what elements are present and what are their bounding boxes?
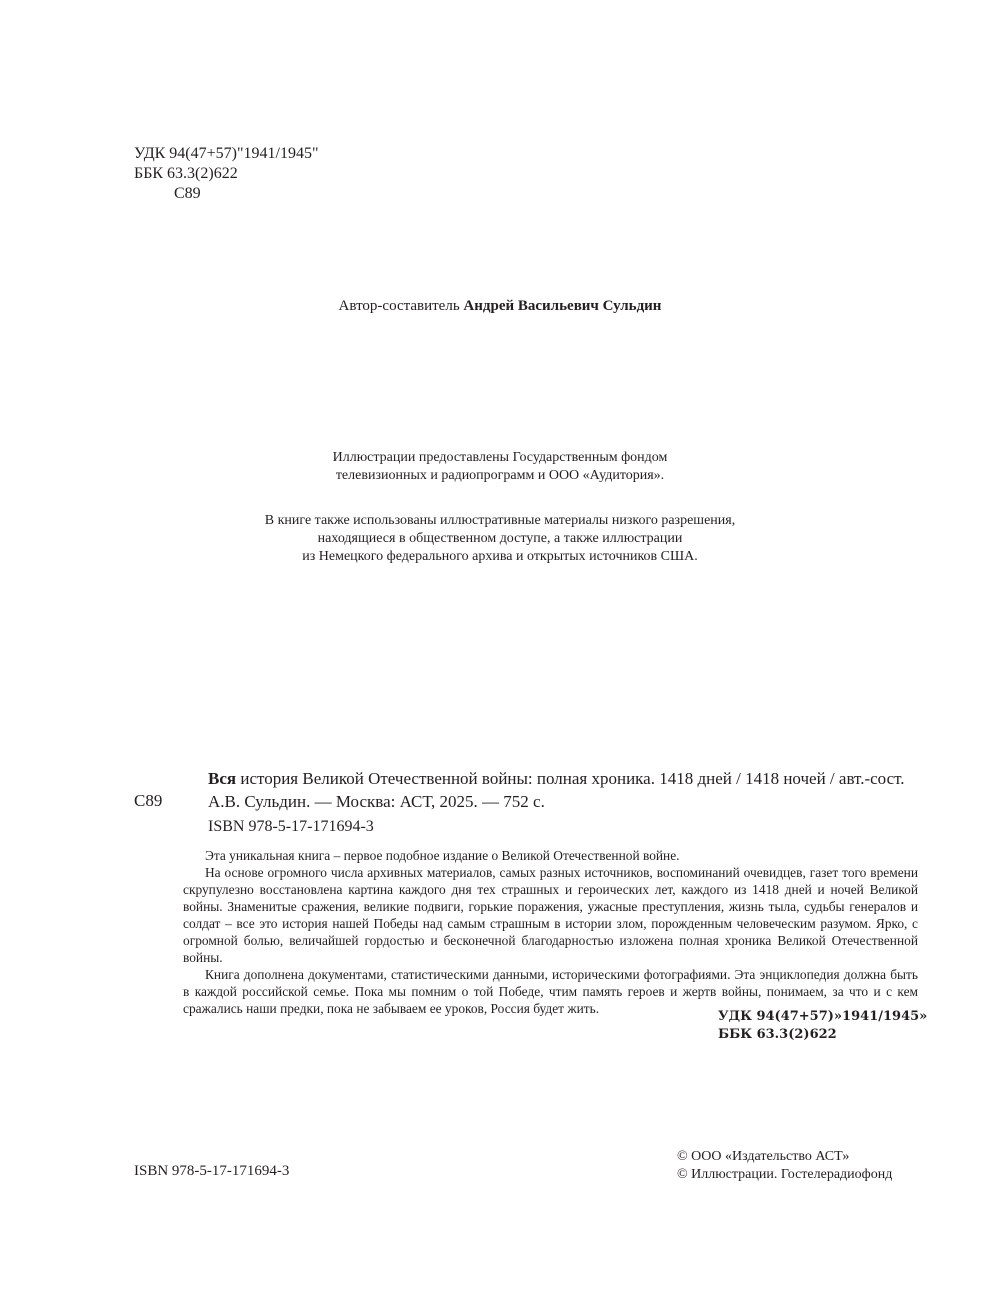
bbk-code: ББК 63.3(2)622: [134, 164, 318, 184]
copyright-line: © Иллюстрации. Гостелерадиофонд: [677, 1166, 892, 1184]
bibliographic-record: Вся история Великой Отечественной войны:…: [208, 767, 936, 813]
illustrations-credit: Иллюстрации предоставлены Государственны…: [0, 449, 1000, 485]
materials-note-line: из Немецкого федерального архива и откры…: [0, 548, 1000, 566]
materials-note-line: находящиеся в общественном доступе, а та…: [0, 530, 1000, 548]
author-compiler-line: Автор-составитель Андрей Васильевич Суль…: [0, 298, 1000, 315]
author-name: Андрей Васильевич Сульдин: [463, 298, 661, 314]
bibliographic-isbn: ISBN 978-5-17-171694-3: [208, 818, 374, 836]
classification-codes-bottom: УДК 94(47+57)»1941/1945» ББК 63.3(2)622: [718, 1008, 927, 1044]
classification-codes-top: УДК 94(47+57)"1941/1945" ББК 63.3(2)622 …: [134, 144, 318, 204]
bibliographic-author-mark: С89: [134, 791, 162, 811]
annotation-paragraph: Эта уникальная книга – первое подобное и…: [183, 847, 918, 864]
udk-code: УДК 94(47+57)"1941/1945": [134, 144, 318, 164]
materials-note: В книге также использованы иллюстративны…: [0, 512, 1000, 566]
udk-code: УДК 94(47+57)»1941/1945»: [718, 1008, 927, 1026]
title-first-word: Вся: [208, 769, 236, 788]
illustrations-credit-line: Иллюстрации предоставлены Государственны…: [0, 449, 1000, 467]
illustrations-credit-line: телевизионных и радиопрограмм и ООО «Ауд…: [0, 467, 1000, 485]
copyright-block: © ООО «Издательство АСТ» © Иллюстрации. …: [677, 1148, 892, 1184]
author-mark: С89: [134, 184, 318, 204]
copyright-line: © ООО «Издательство АСТ»: [677, 1148, 892, 1166]
author-prefix: Автор-составитель: [339, 298, 460, 314]
footer-isbn: ISBN 978-5-17-171694-3: [134, 1163, 289, 1180]
annotation: Эта уникальная книга – первое подобное и…: [183, 847, 918, 1017]
title-description: история Великой Отечественной войны: пол…: [208, 769, 905, 811]
materials-note-line: В книге также использованы иллюстративны…: [0, 512, 1000, 530]
bbk-code: ББК 63.3(2)622: [718, 1026, 927, 1044]
annotation-paragraph: На основе огромного числа архивных матер…: [183, 864, 918, 966]
